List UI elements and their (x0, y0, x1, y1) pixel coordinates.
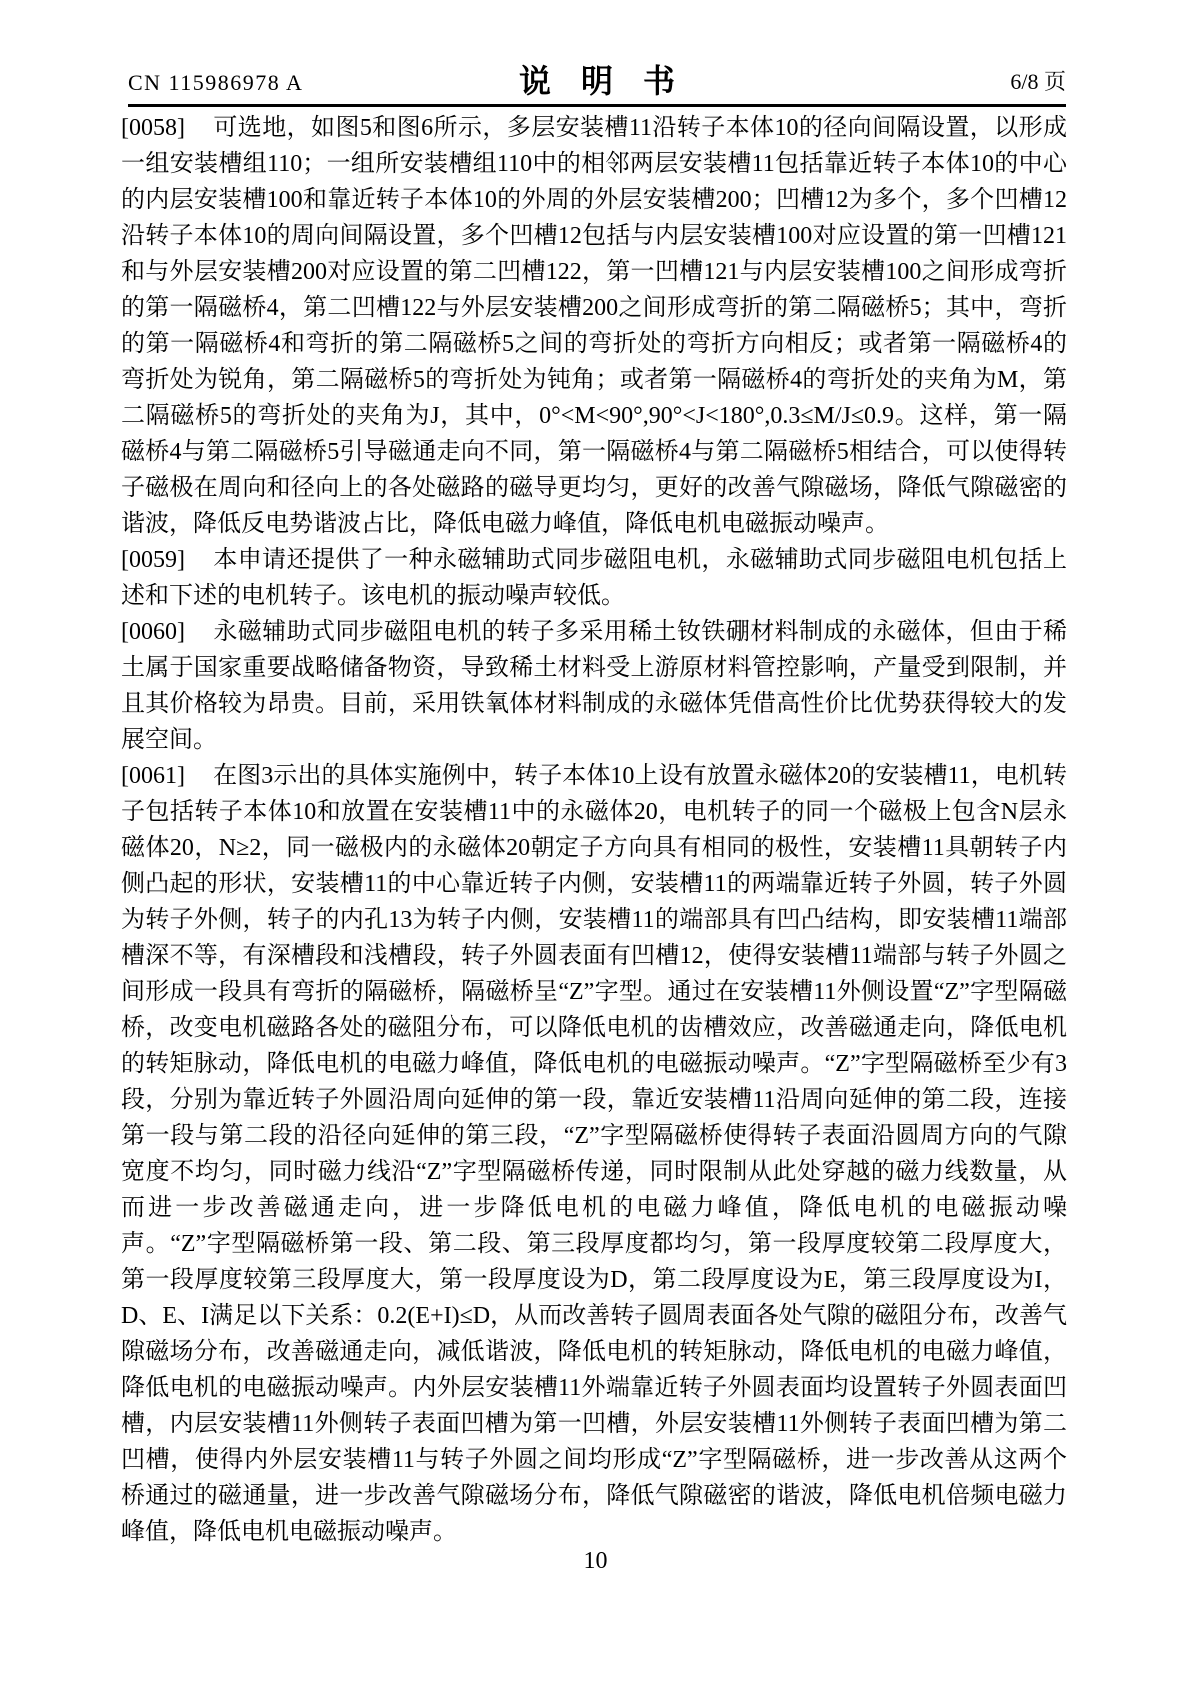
document-title-wrap: 说明书 (128, 56, 1066, 102)
header-rule (128, 104, 1066, 107)
paragraph: [0058]可选地，如图5和图6所示，多层安装槽11沿转子本体10的径向间隔设置… (121, 110, 1067, 542)
paragraph: [0061]在图3示出的具体实施例中，转子本体10上设有放置永磁体20的安装槽1… (121, 758, 1067, 1550)
page-header: CN 115986978 A 说明书 6/8 页 (128, 58, 1066, 102)
paragraph-text: 永磁辅助式同步磁阻电机的转子多采用稀土钕铁硼材料制成的永磁体，但由于稀土属于国家… (121, 619, 1067, 753)
document-body: [0058]可选地，如图5和图6所示，多层安装槽11沿转子本体10的径向间隔设置… (121, 110, 1067, 1550)
page-number: 10 (0, 1548, 1191, 1575)
patent-page: CN 115986978 A 说明书 6/8 页 [0058]可选地，如图5和图… (0, 0, 1191, 1684)
paragraph-number: [0059] (121, 547, 213, 573)
paragraph-number: [0061] (121, 763, 213, 789)
document-title: 说明书 (519, 56, 705, 102)
paragraph-text: 在图3示出的具体实施例中，转子本体10上设有放置永磁体20的安装槽11，电机转子… (121, 763, 1067, 1545)
paragraph: [0060]永磁辅助式同步磁阻电机的转子多采用稀土钕铁硼材料制成的永磁体，但由于… (121, 614, 1067, 758)
paragraph-number: [0058] (121, 115, 213, 141)
paragraph: [0059]本申请还提供了一种永磁辅助式同步磁阻电机，永磁辅助式同步磁阻电机包括… (121, 542, 1067, 614)
paragraph-number: [0060] (121, 619, 213, 645)
paragraph-text: 本申请还提供了一种永磁辅助式同步磁阻电机，永磁辅助式同步磁阻电机包括上述和下述的… (121, 547, 1067, 609)
page-indicator: 6/8 页 (1010, 65, 1066, 96)
paragraph-text: 可选地，如图5和图6所示，多层安装槽11沿转子本体10的径向间隔设置，以形成一组… (121, 115, 1067, 537)
